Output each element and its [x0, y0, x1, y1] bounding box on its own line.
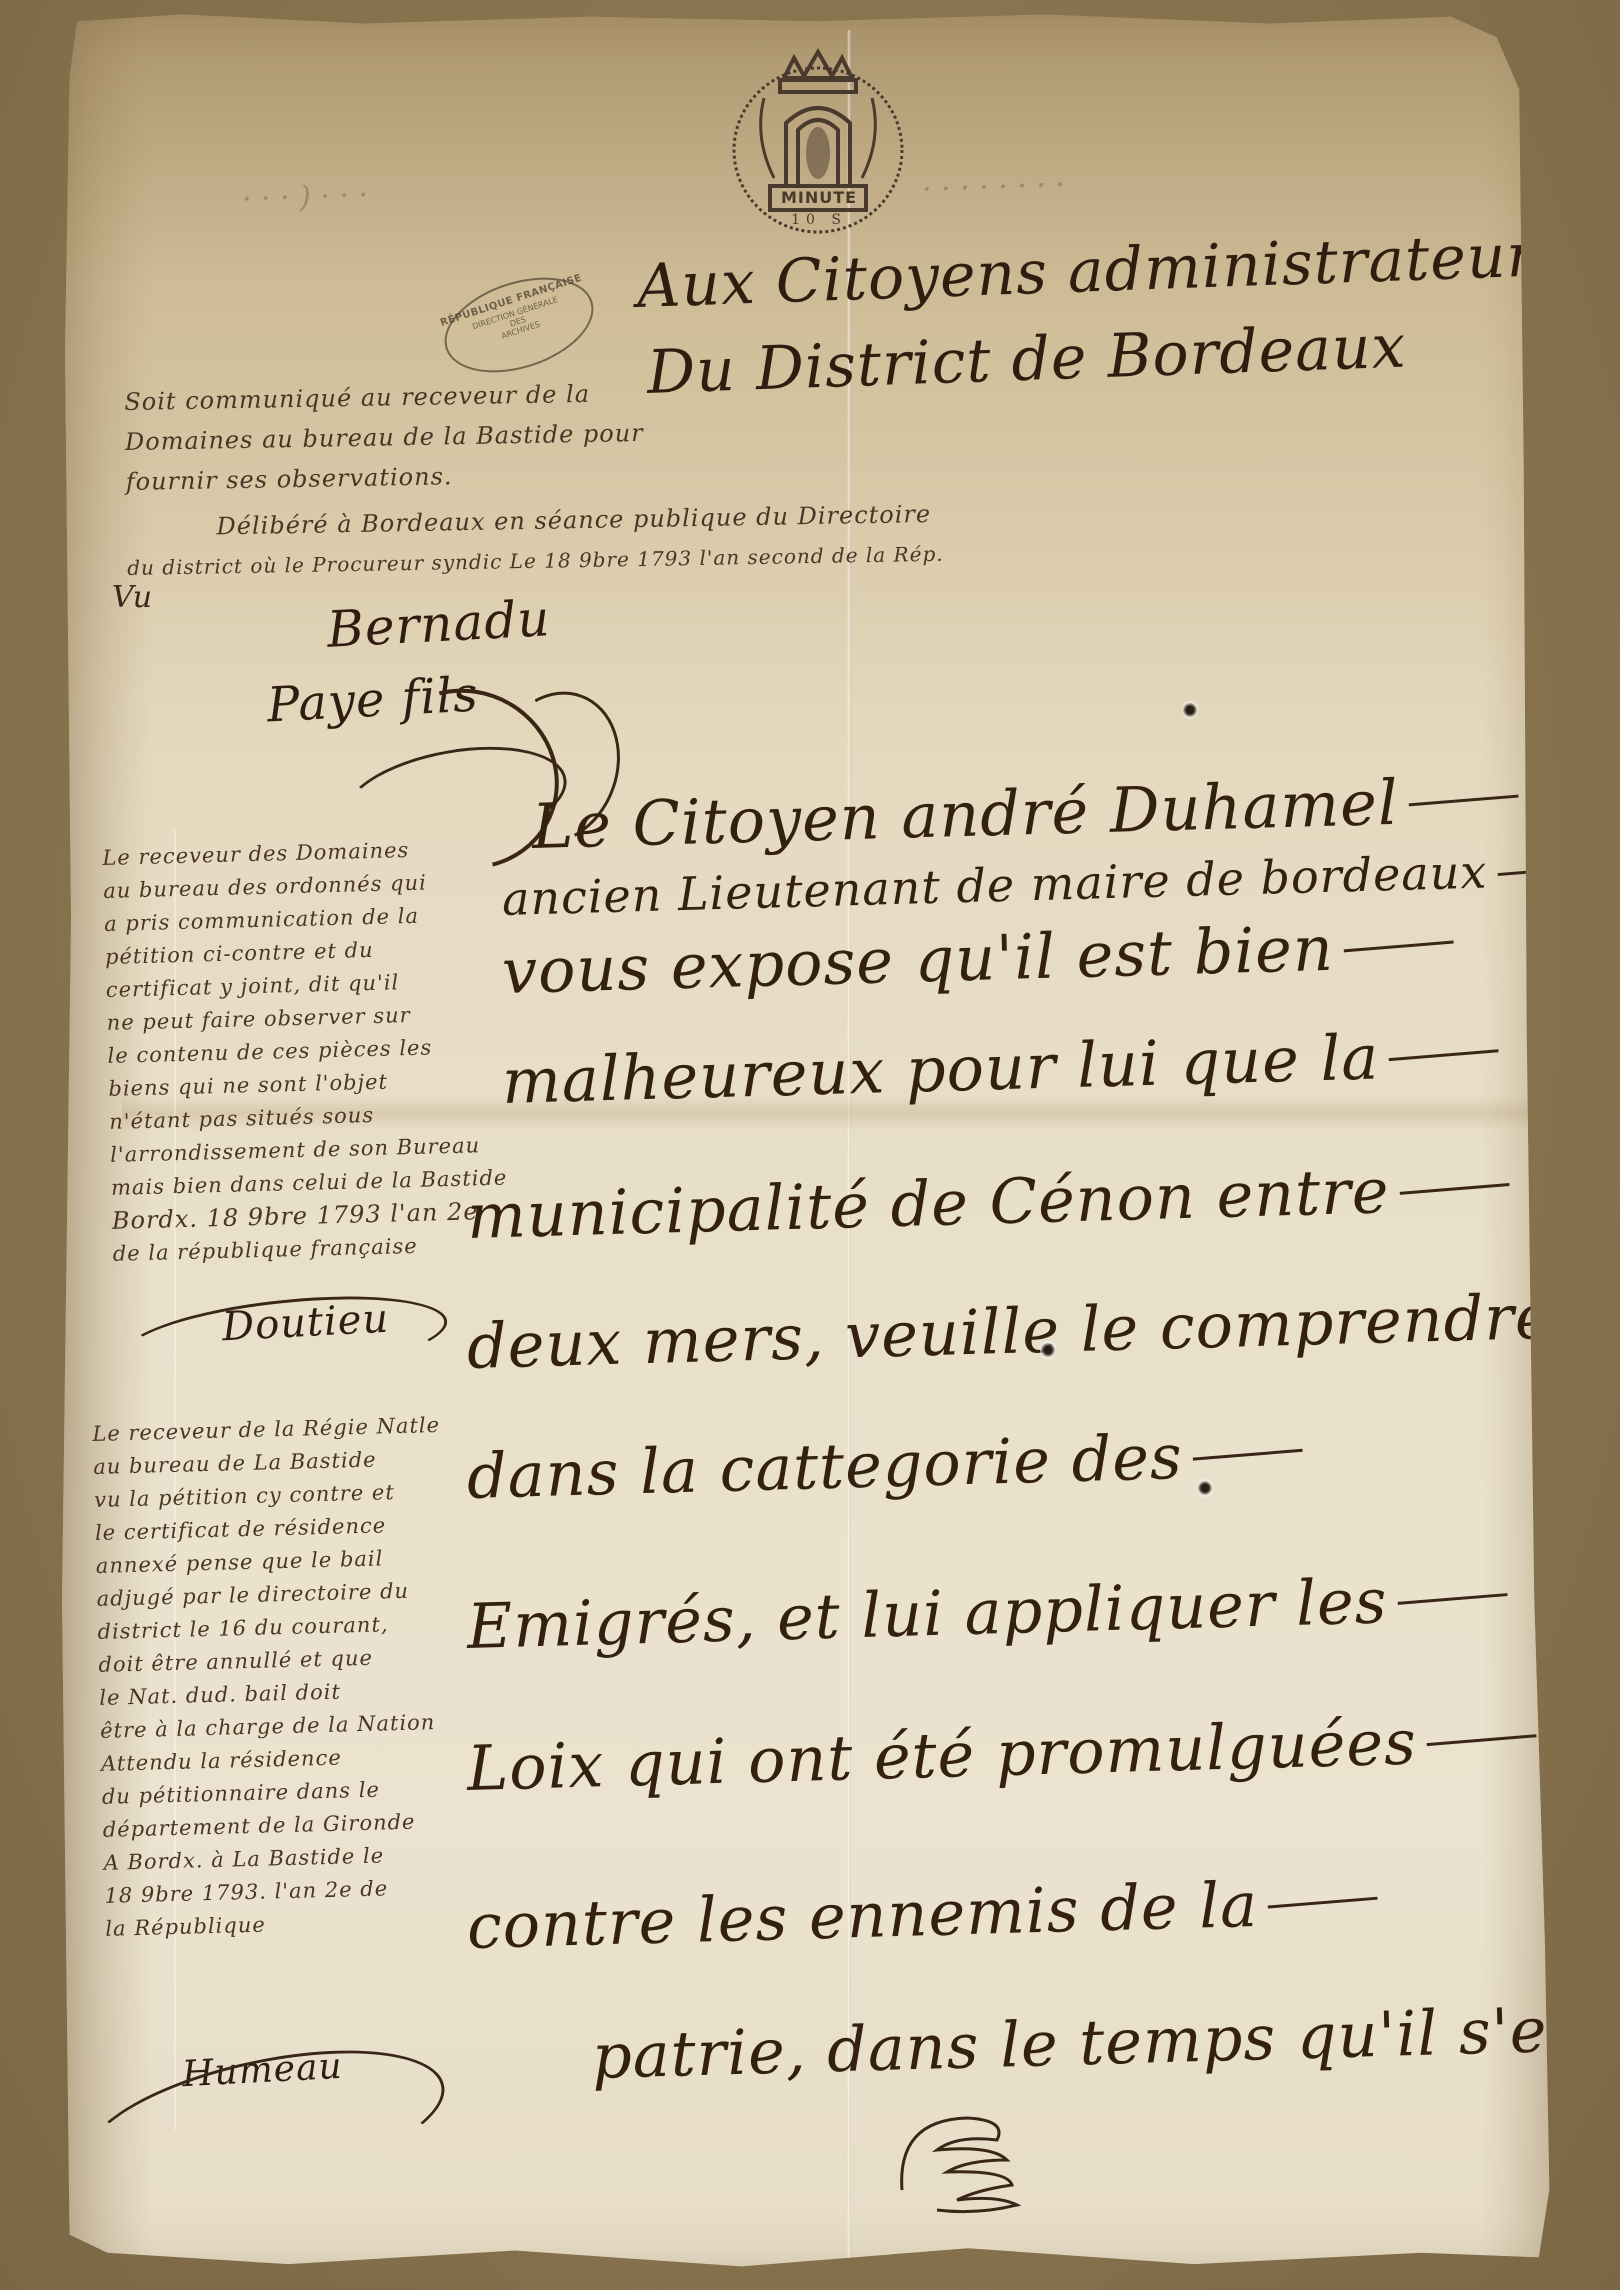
margin-note-receveur-domaines: Le receveur des Domaines au bureau des o… — [102, 832, 509, 1271]
body-line: contre les ennemis de la — [466, 1868, 1259, 1963]
paper-hole — [1182, 700, 1198, 720]
body-line: vous expose qu'il est bien — [501, 912, 1335, 1008]
bleed-through-text: · · · · · · · · — [921, 168, 1065, 208]
body-line: patrie, dans le temps qu'il s'est — [591, 1992, 1607, 2093]
body-line: Loix qui ont été promulguées — [466, 1705, 1418, 1804]
photo-background: MINUTE 10 S RÉPUBLIQUE FRANÇAISE DIRECTI… — [0, 0, 1620, 2290]
paraph-flourish-icon — [897, 2110, 1057, 2220]
body-line: dans la cattegorie des — [466, 1420, 1184, 1513]
seal-label: MINUTE — [774, 188, 864, 207]
body-line: Emigrés, et lui appliquer les — [466, 1564, 1388, 1663]
signature-bernadu: Bernadu — [326, 589, 552, 659]
archive-oval-stamp: RÉPUBLIQUE FRANÇAISE DIRECTION GÉNÉRALE … — [432, 260, 605, 389]
paper-hole — [1040, 1340, 1056, 1360]
margin-note-regie-nationale: Le receveur de la Régie Natle au bureau … — [92, 1409, 453, 1946]
body-line: Le Citoyen andré Duhamel — [531, 766, 1400, 863]
signature-flourish-icon — [119, 1283, 451, 1393]
decision-note: Soit communiqué au receveur de la Domain… — [124, 368, 944, 588]
ornate-seal-icon — [724, 38, 912, 238]
seal-code: 10 S — [784, 212, 854, 228]
minute-seal-stamp: MINUTE 10 S — [724, 38, 912, 238]
decision-initials: Vu — [112, 580, 153, 615]
bleed-through-text: · · · ) · · · — [241, 178, 368, 217]
manuscript-page: MINUTE 10 S RÉPUBLIQUE FRANÇAISE DIRECTI… — [62, 10, 1572, 2280]
paper-hole — [1197, 1478, 1213, 1498]
body-line: municipalité de Cénon entre — [466, 1154, 1390, 1253]
body-line: deux mers, veuille le comprendre — [466, 1280, 1554, 1383]
